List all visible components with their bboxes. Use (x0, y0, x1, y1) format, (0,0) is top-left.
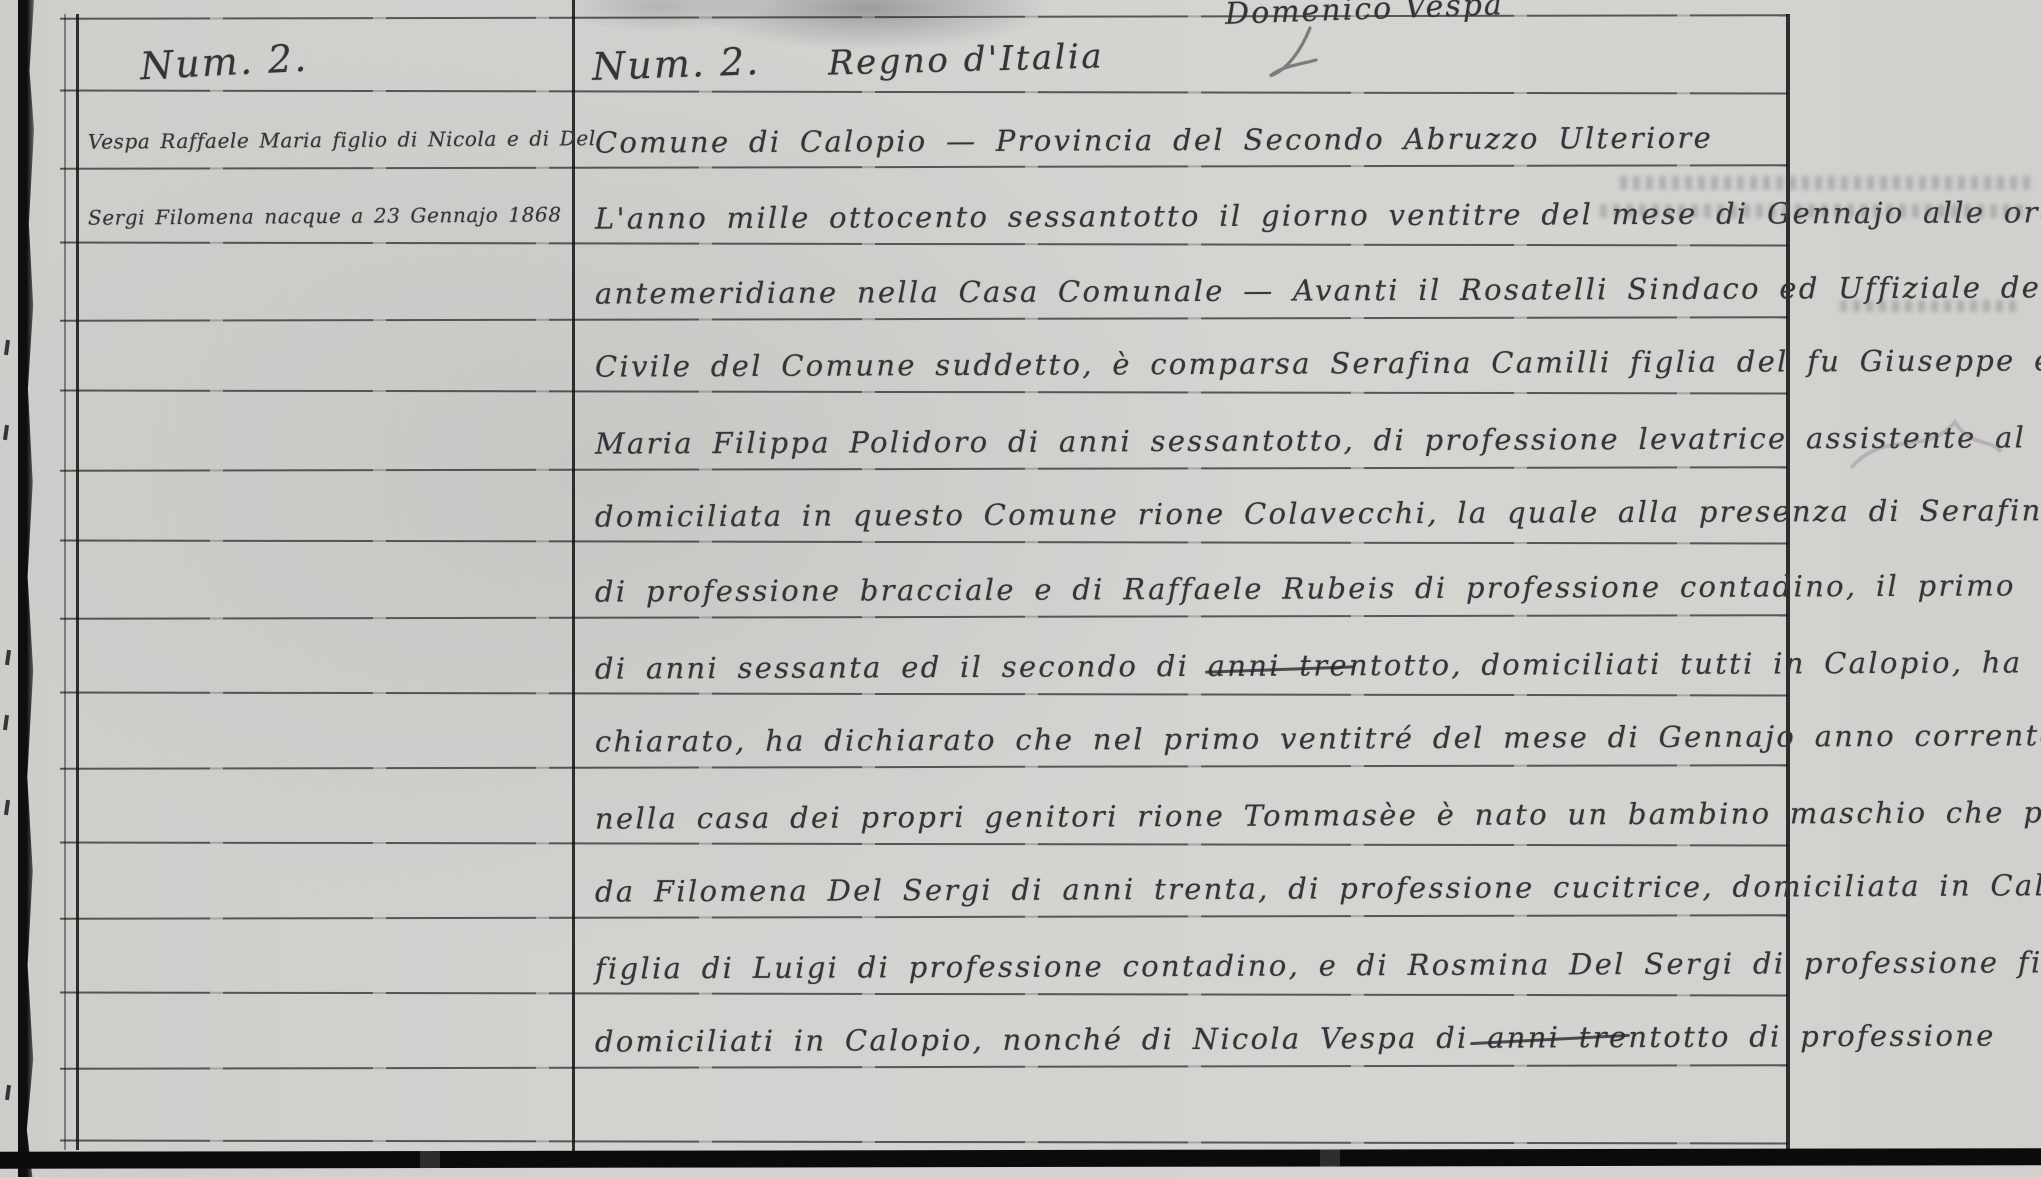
act-body-line: di professione bracciale e di Raffaele R… (595, 569, 1785, 620)
left-border-inner (76, 14, 79, 1150)
ink-mark (4, 340, 10, 355)
left-border-outer (64, 14, 66, 1150)
act-body-line: Civile del Comune suddetto, è comparsa S… (595, 344, 1785, 395)
kingdom-heading: Regno d'Italia (828, 36, 1105, 83)
ruled-line (60, 1139, 1788, 1144)
ink-mark (5, 1085, 11, 1100)
bleed-through-artifact (1620, 176, 2030, 190)
act-number-left: Num. 2. (139, 36, 309, 89)
bleed-through-artifact (1840, 300, 2020, 312)
act-body-line: nella casa dei propri genitori rione Tom… (595, 796, 1785, 847)
act-body-line: Comune di Calopio — Provincia del Second… (595, 120, 1785, 171)
ruled-line (60, 14, 1788, 20)
ink-mark (4, 800, 10, 815)
act-body-line: domiciliata in questo Comune rione Colav… (595, 494, 1785, 545)
ink-mark (3, 425, 9, 440)
ink-flourish (1258, 26, 1328, 86)
margin-entry-line: Sergi Filomena nacque a 23 Gennajo 1868 (88, 202, 566, 241)
pencil-scribble (1845, 408, 2005, 478)
bottom-border-band (0, 1148, 2041, 1169)
act-body-line: chiarato, ha dichiarato che nel primo ve… (595, 719, 1785, 770)
ink-mark (3, 715, 9, 730)
ruled-line (60, 89, 1788, 94)
registry-page-scan: Domenico Vespa Num. 2. Vespa Raffaele Ma… (0, 0, 2041, 1177)
act-number-right: Num. 2. (591, 39, 761, 89)
act-body-line: di anni sessanta ed il secondo di anni t… (595, 646, 1785, 697)
column-divider (572, 0, 575, 1152)
bleed-through-artifact (1600, 204, 2030, 218)
act-body-line: domiciliati in Calopio, nonché di Nicola… (595, 1019, 1785, 1070)
act-body-line: figlia di Luigi di professione contadino… (595, 946, 1785, 997)
act-body-line: Maria Filippa Polidoro di anni sessantot… (595, 421, 1785, 472)
act-body-line: da Filomena Del Sergi di anni trenta, di… (595, 869, 1785, 920)
margin-entry-line: Vespa Raffaele Maria figlio di Nicola e … (88, 126, 566, 165)
act-body-line: antemeridiane nella Casa Comunale — Avan… (595, 271, 1785, 322)
ink-mark (5, 650, 11, 665)
binding-edge (18, 0, 34, 1177)
